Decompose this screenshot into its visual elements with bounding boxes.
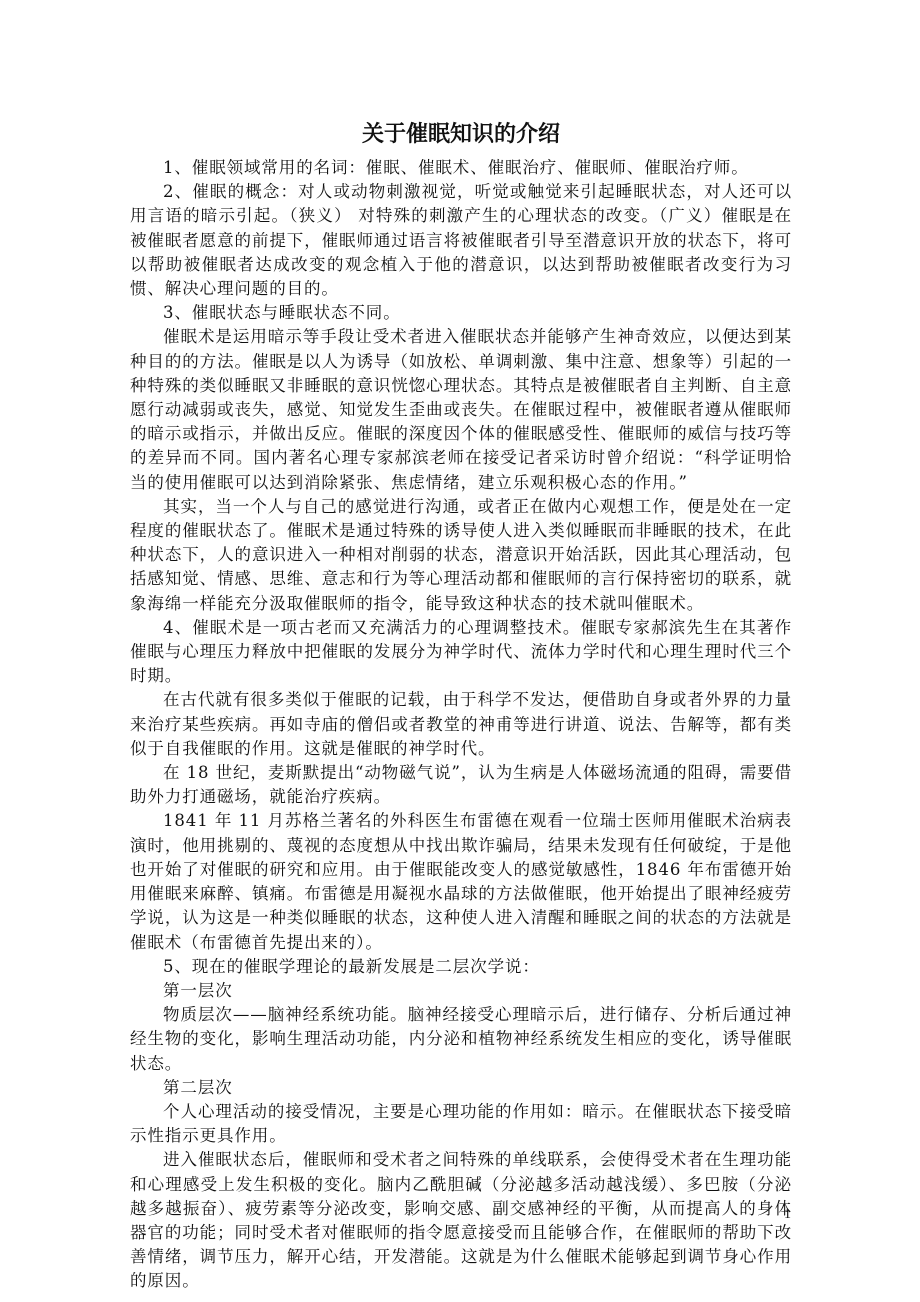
paragraph-effects: 进入催眠状态后，催眠师和受术者之间特殊的单线联系，会使得受术者在生理功能和心理感… <box>130 1148 792 1293</box>
document-title: 关于催眠知识的介绍 <box>130 118 792 154</box>
paragraph-state-difference: 3、催眠状态与睡眠状态不同。 <box>130 301 792 325</box>
paragraph-two-level-theory: 5、现在的催眠学理论的最新发展是二层次学说： <box>130 955 792 979</box>
heading-second-level: 第二层次 <box>130 1076 792 1100</box>
paragraph-theological-era: 在古代就有很多类似于催眠的记载，由于科学不发达，便借助自身或者外界的力量来治疗某… <box>130 688 792 761</box>
paragraph-mesmer: 在 18 世纪，麦斯默提出“动物磁气说”，认为生病是人体磁场流通的阻碍，需要借助… <box>130 761 792 809</box>
document-page: 关于催眠知识的介绍 1、催眠领域常用的名词：催眠、催眠术、催眠治疗、催眠师、催眠… <box>130 118 792 1294</box>
paragraph-second-level: 个人心理活动的接受情况，主要是心理功能的作用如：暗示。在催眠状态下接受暗示性指示… <box>130 1100 792 1148</box>
paragraph-hypnosis-definition: 催眠术是运用暗示等手段让受术者进入催眠状态并能够产生神奇效应，以便达到某种目的的… <box>130 325 792 494</box>
paragraph-first-level: 物质层次——脑神经系统功能。脑神经接受心理暗示后，进行储存、分析后通过神经生物的… <box>130 1003 792 1076</box>
paragraph-concept: 2、催眠的概念：对人或动物刺激视觉，听觉或触觉来引起睡眠状态，对人还可以用言语的… <box>130 180 792 301</box>
paragraph-braid: 1841 年 11 月苏格兰著名的外科医生布雷德在观看一位瑞士医师用催眠术治病表… <box>130 809 792 954</box>
paragraph-hypnosis-state: 其实，当一个人与自己的感觉进行沟通，或者正在做内心观想工作，便是处在一定程度的催… <box>130 495 792 616</box>
paragraph-terms: 1、催眠领域常用的名词：催眠、催眠术、催眠治疗、催眠师、催眠治疗师。 <box>130 156 792 180</box>
page-number: 1 <box>784 1207 791 1223</box>
heading-first-level: 第一层次 <box>130 979 792 1003</box>
paragraph-history-overview: 4、催眠术是一项古老而又充满活力的心理调整技术。催眠专家郝滨先生在其著作催眠与心… <box>130 616 792 689</box>
